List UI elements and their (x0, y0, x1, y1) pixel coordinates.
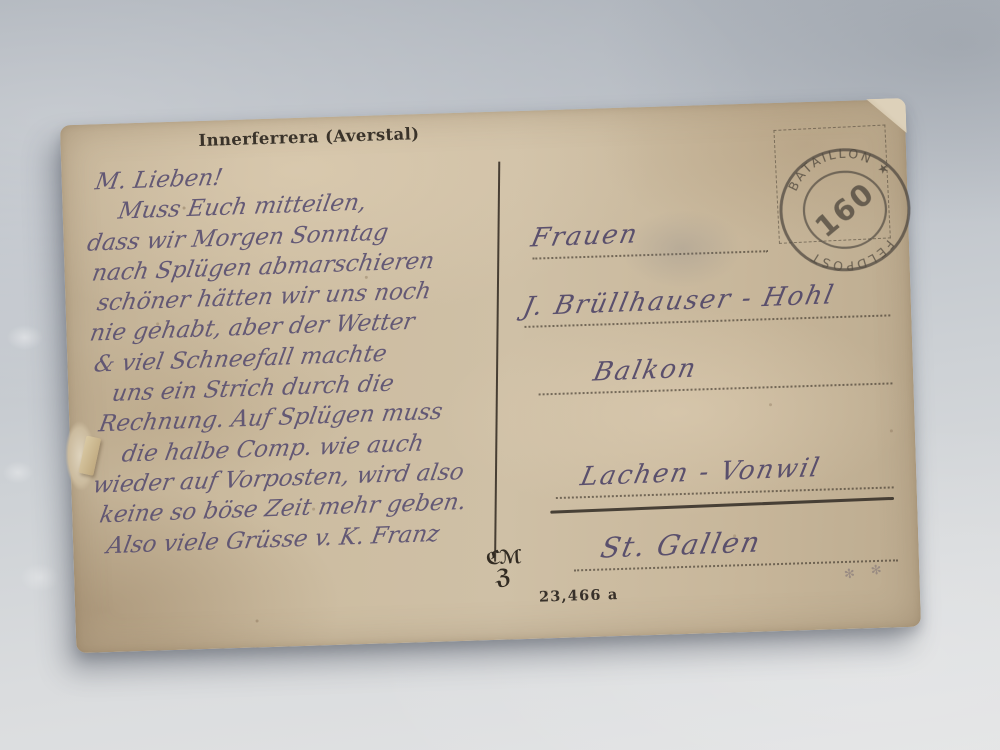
photo-background: Innerferrera (Averstal) M. Lieben! Muss … (0, 0, 1000, 750)
postmark-battalion-number: 160 (809, 175, 882, 244)
address-line-district: Lachen - Vonwil (552, 450, 897, 493)
address-rule-line: St. Gallen (573, 521, 898, 571)
handwritten-message-block: M. Lieben! Muss Euch mitteilen, dass wir… (83, 154, 513, 561)
plate-number: 23,466 a (539, 586, 619, 605)
handdrawn-underline (550, 497, 894, 514)
foxing-speckles (183, 206, 186, 209)
address-rule-line: Balkon (537, 347, 892, 395)
address-rule-line: Lachen - Vonwil (555, 451, 894, 499)
address-line-street: Balkon (535, 346, 896, 390)
svg-text:FELDPOST: FELDPOST (806, 237, 898, 275)
publisher-monogram: ℭℳ ℨ (485, 548, 520, 587)
postcard-title: Innerferrera (Averstal) (198, 124, 420, 150)
feldpost-postmark-stamp: BATAILLON ★ FELDPOST 160 (763, 132, 928, 287)
postmark-arc-bottom-text: FELDPOST (806, 237, 898, 275)
postcard: Innerferrera (Averstal) M. Lieben! Muss … (60, 99, 921, 653)
address-rule-line: J. Brüllhauser - Hohl (523, 279, 890, 327)
monogram-bottom-glyph: ℨ (495, 567, 521, 587)
address-line-city: St. Gallen (570, 520, 901, 566)
